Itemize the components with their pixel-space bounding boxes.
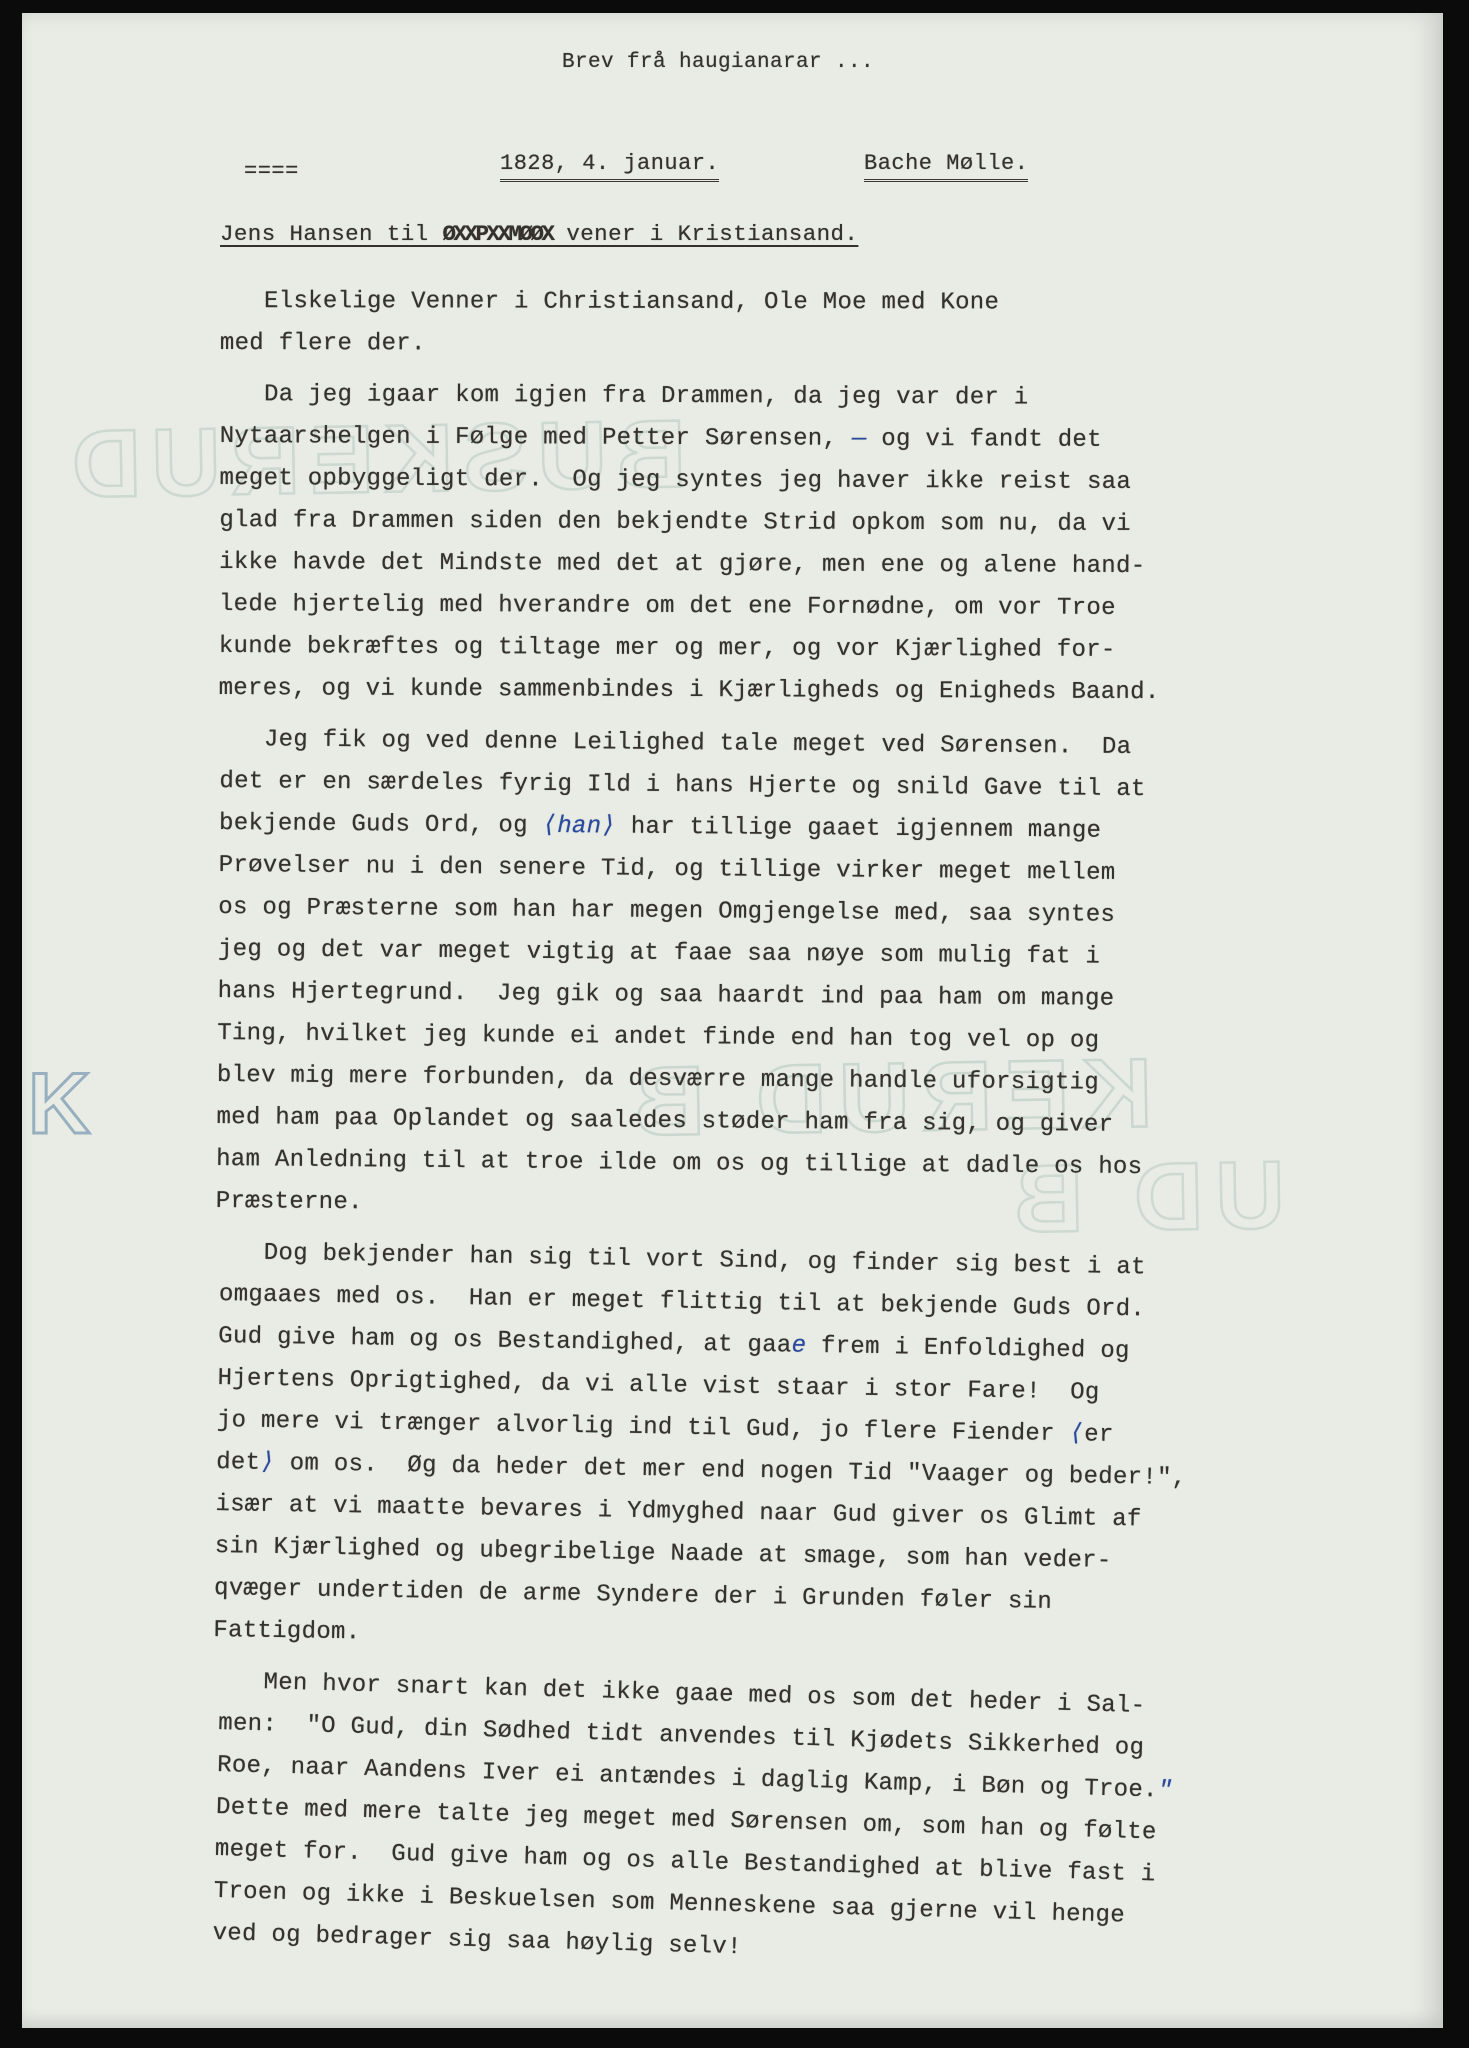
typewritten-text: frem i Enfoldighed og	[806, 1333, 1130, 1365]
typewritten-text: blev mig mere forbunden, da desværre man…	[217, 1062, 1099, 1097]
typewritten-text: med flere der.	[220, 330, 426, 357]
typewritten-text: omgaaes med os. Han er meget flittig til…	[219, 1281, 1146, 1323]
typewritten-text: meget opbyggeligt der. Og jeg syntes jeg…	[219, 465, 1131, 496]
letter-line: Elskelige Venner i Christiansand, Ole Mo…	[220, 281, 1320, 325]
typewritten-text: Fattigdom.	[213, 1617, 360, 1646]
typewritten-text: ham Anledning til at troe ilde om os og …	[216, 1146, 1142, 1181]
watermark-bleedthrough: K	[28, 1055, 90, 1154]
dateline-place: Bache Mølle.	[864, 151, 1028, 182]
letter-line: ikke havde det Mindste med det at gjøre,…	[219, 542, 1319, 589]
letter-line: meres, og vi kunde sammenbindes i Kjærli…	[219, 668, 1319, 715]
typewritten-text: Prøvelser nu i den senere Tid, og tillig…	[219, 852, 1116, 887]
typewritten-text: ikke havde det Mindste med det at gjøre,…	[219, 549, 1145, 580]
paragraph: Da jeg igaar kom igjen fra Drammen, da j…	[219, 374, 1320, 715]
typewritten-text: sin Kjærlighed og ubegribelige Naade at …	[215, 1533, 1112, 1575]
typewritten-text: og vi fandt det	[867, 426, 1102, 454]
typewritten-text: jo mere vi trænger alvorlig ind til Gud,…	[217, 1407, 1070, 1448]
typewritten-text: det	[216, 1449, 261, 1477]
typewritten-text: hans Hjertegrund. Jeg gik og saa haardt …	[218, 978, 1115, 1013]
typewritten-text: Elskelige Venner i Christiansand, Ole Mo…	[220, 288, 999, 316]
handwritten-annotation: ⟨han⟩	[542, 813, 616, 841]
dateline-mark: ====	[244, 159, 299, 184]
paragraph: Men hvor snart kan det ikke gaae med os …	[212, 1661, 1320, 1985]
paragraph: Elskelige Venner i Christiansand, Ole Mo…	[220, 281, 1320, 367]
typewritten-text: det er en særdeles fyrig Ild i hans Hjer…	[219, 768, 1145, 803]
handwritten-annotation: ⟩	[260, 1450, 275, 1477]
heading-struck-text: ØXXPXXMØØX	[442, 221, 552, 247]
typewritten-text: Nytaarshelgen i Følge med Petter Sørense…	[220, 423, 852, 453]
letter-body: Elskelige Venner i Christiansand, Ole Mo…	[220, 281, 1320, 1964]
letter-line: Da jeg igaar kom igjen fra Drammen, da j…	[220, 374, 1320, 421]
typewritten-text: Gud give ham og os Bestandighed, at gaa	[218, 1323, 792, 1360]
letter-line: med flere der.	[220, 323, 1320, 367]
typewritten-text: kunde bekræftes og tiltage mer og mer, o…	[219, 633, 1116, 664]
scan-background: { "letter": { "archive_title": "Brev frå…	[0, 0, 1469, 2048]
typewritten-text: om os. Øg da heder det mer end nogen Tid…	[275, 1450, 1187, 1492]
handwritten-annotation: ⟨	[1069, 1421, 1084, 1448]
typewritten-text: med ham paa Oplandet og saaledes støder …	[216, 1104, 1113, 1139]
typewritten-text: bekjende Guds Ord, og	[219, 810, 543, 840]
paragraph: Dog bekjender han sig til vort Sind, og …	[213, 1232, 1320, 1670]
typewritten-text: Jeg fik og ved denne Leilighed tale mege…	[220, 726, 1132, 761]
letter-line: Nytaarshelgen i Følge med Petter Sørense…	[220, 416, 1320, 463]
handwritten-annotation: "	[1157, 1777, 1172, 1804]
archive-title: Brev frå haugianarar ...	[562, 51, 874, 74]
typewritten-text: meres, og vi kunde sammenbindes i Kjærli…	[219, 675, 1160, 706]
typewritten-text: Ting, hvilket jeg kunde ei andet finde e…	[217, 1020, 1099, 1055]
dateline-date: 1828, 4. januar.	[500, 151, 719, 182]
typewritten-text: Hjertens Oprigtighed, da vi alle vist st…	[217, 1365, 1099, 1407]
letter-line: meget opbyggeligt der. Og jeg syntes jeg…	[219, 458, 1319, 505]
letter-heading: Jens Hansen til ØXXPXXMØØX vener i Krist…	[220, 221, 858, 247]
typewritten-text: qvæger undertiden de arme Syndere der i …	[214, 1575, 1052, 1616]
typewritten-text: Dog bekjender han sig til vort Sind, og …	[219, 1239, 1146, 1281]
typewritten-text: har tillige gaaet igjennem mange	[616, 813, 1101, 844]
typewritten-text: glad fra Drammen siden den bekjendte Str…	[219, 507, 1131, 538]
typewritten-text: lede hjertelig med hverandre om det ene …	[219, 591, 1116, 622]
typewritten-text: især at vi maatte bevares i Ydmyghed naa…	[215, 1491, 1142, 1533]
typewritten-text: Præsterne.	[216, 1188, 363, 1216]
letter-line: glad fra Drammen siden den bekjendte Str…	[219, 500, 1319, 547]
handwritten-annotation: e	[791, 1332, 806, 1359]
typewritten-text: os og Præsterne som han har megen Omgjen…	[218, 894, 1115, 929]
typewritten-text: Da jeg igaar kom igjen fra Drammen, da j…	[220, 381, 1029, 412]
letter-line: kunde bekræftes og tiltage mer og mer, o…	[219, 626, 1319, 673]
handwritten-annotation: —	[852, 426, 867, 453]
letter-line: lede hjertelig med hverandre om det ene …	[219, 584, 1319, 631]
heading-text: vener i Kristiansand.	[552, 221, 858, 247]
typewritten-text: jeg og det var meget vigtig at faae saa …	[218, 936, 1100, 971]
dateline: ==== 1828, 4. januar. Bache Mølle.	[22, 151, 1443, 191]
letter-line: Præsterne.	[216, 1181, 1316, 1233]
typewritten-text: ved og bedrager sig saa høylig selv!	[212, 1920, 742, 1961]
letter-page: BUSKERUD KERUD B K UD B Brev frå haugian…	[22, 13, 1443, 2028]
paragraph: Jeg fik og ved denne Leilighed tale mege…	[216, 719, 1320, 1233]
typewritten-text: er	[1084, 1421, 1114, 1448]
heading-text: Jens Hansen til	[220, 221, 442, 247]
